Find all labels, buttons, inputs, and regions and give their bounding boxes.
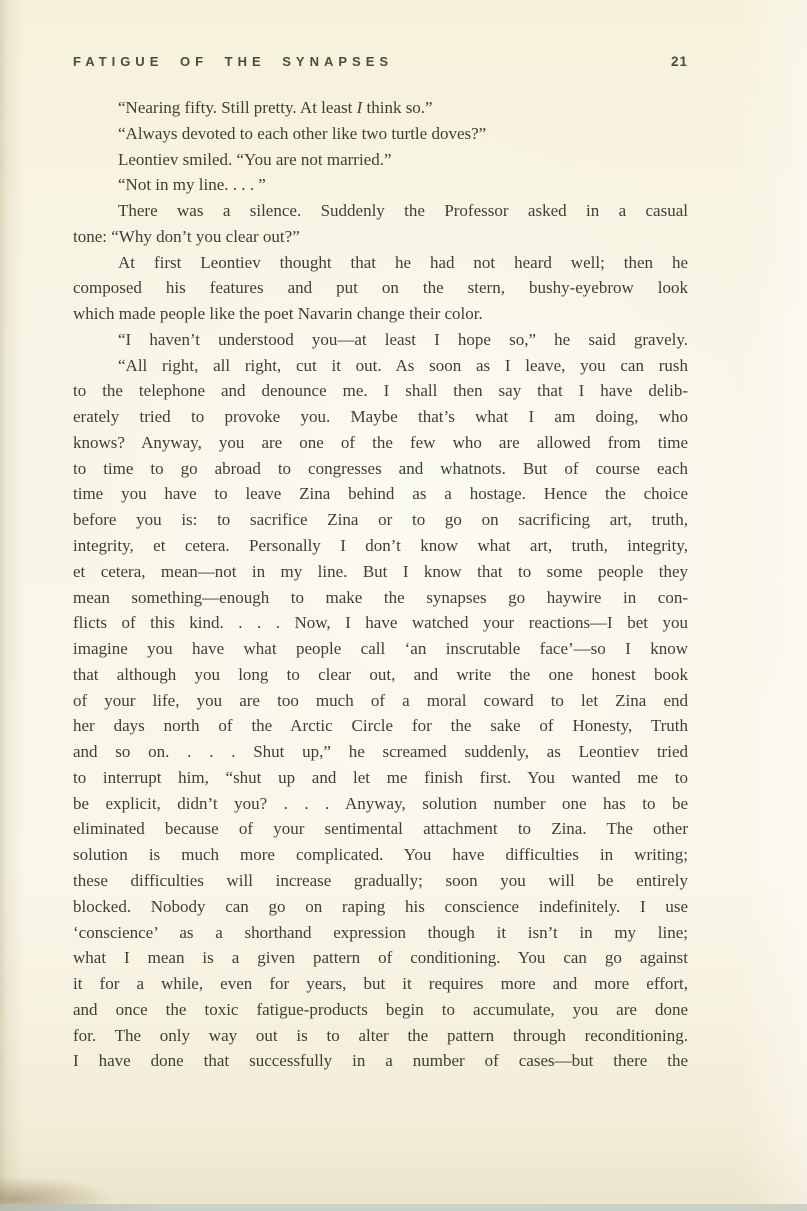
text-line: of your life, you are too much of a mora… — [73, 688, 688, 714]
text-line: integrity, et cetera. Personally I don’t… — [73, 533, 688, 559]
text-line: for. The only way out is to alter the pa… — [73, 1023, 688, 1049]
text-line: mean something—enough to make the synaps… — [73, 585, 688, 611]
text-line: before you is: to sacrifice Zina or to g… — [73, 507, 688, 533]
text-line: to time to go abroad to congresses and w… — [73, 456, 688, 482]
running-head: FATIGUE OF THE SYNAPSES 21 — [73, 54, 688, 69]
text-line: tone: “Why don’t you clear out?” — [73, 224, 688, 250]
text-line: “Not in my line. . . . ” — [73, 172, 688, 198]
text-line: et cetera, mean—not in my line. But I kn… — [73, 559, 688, 585]
text-line: solution is much more complicated. You h… — [73, 842, 688, 868]
text-line: eliminated because of your sentimental a… — [73, 816, 688, 842]
book-page: FATIGUE OF THE SYNAPSES 21 “Nearing fift… — [0, 0, 807, 1211]
text-line: Leontiev smiled. “You are not married.” — [73, 147, 688, 173]
text-line: and once the toxic fatigue-products begi… — [73, 997, 688, 1023]
text-line: “Nearing fifty. Still pretty. At least I… — [73, 95, 688, 121]
text-line: At first Leontiev thought that he had no… — [73, 250, 688, 276]
text-line: which made people like the poet Navarin … — [73, 301, 688, 327]
text-line: composed his features and put on the ste… — [73, 275, 688, 301]
text-line: “I haven’t understood you—at least I hop… — [73, 327, 688, 353]
text-line: “Always devoted to each other like two t… — [73, 121, 688, 147]
text-line: her days north of the Arctic Circle for … — [73, 713, 688, 739]
text-line: knows? Anyway, you are one of the few wh… — [73, 430, 688, 456]
text-line: erately tried to provoke you. Maybe that… — [73, 404, 688, 430]
text-line: that although you long to clear out, and… — [73, 662, 688, 688]
text-line: blocked. Nobody can go on raping his con… — [73, 894, 688, 920]
text-line: flicts of this kind. . . . Now, I have w… — [73, 610, 688, 636]
text-line: to the telephone and denounce me. I shal… — [73, 378, 688, 404]
text-line: to interrupt him, “shut up and let me fi… — [73, 765, 688, 791]
text-line: it for a while, even for years, but it r… — [73, 971, 688, 997]
text-line: time you have to leave Zina behind as a … — [73, 481, 688, 507]
text-line: and so on. . . . Shut up,” he screamed s… — [73, 739, 688, 765]
text-line: what I mean is a given pattern of condit… — [73, 945, 688, 971]
page-number: 21 — [671, 54, 688, 69]
text-line: “All right, all right, cut it out. As so… — [73, 353, 688, 379]
text-line: I have done that successfully in a numbe… — [73, 1048, 688, 1074]
scan-bottom-strip — [0, 1204, 807, 1211]
text-line: There was a silence. Suddenly the Profes… — [73, 198, 688, 224]
page-body: “Nearing fifty. Still pretty. At least I… — [73, 95, 688, 1074]
text-line: ‘conscience’ as a shorthand expression t… — [73, 920, 688, 946]
text-line: imagine you have what people call ‘an in… — [73, 636, 688, 662]
text-line: these difficulties will increase gradual… — [73, 868, 688, 894]
text-line: be explicit, didn’t you? . . . Anyway, s… — [73, 791, 688, 817]
running-title: FATIGUE OF THE SYNAPSES — [73, 54, 393, 69]
